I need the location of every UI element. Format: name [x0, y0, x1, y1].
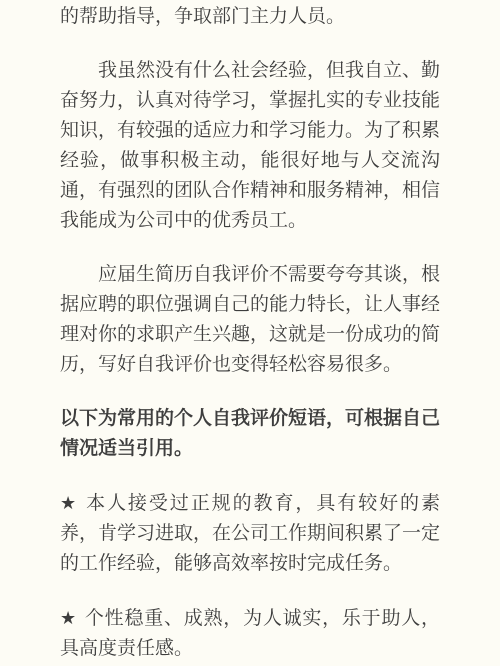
- star-bullet-icon: ★: [60, 488, 76, 518]
- section-heading: 以下为常用的个人自我评价短语，可根据自己情况适当引用。: [60, 404, 440, 464]
- bullet-text: 个性稳重、成熟，为人诚实，乐于助人，具高度责任感。: [60, 608, 440, 659]
- bullet-item: ★个性稳重、成熟，为人诚实，乐于助人，具高度责任感。: [60, 603, 440, 664]
- continuation-paragraph: 的帮助指导，争取部门主力人员。: [60, 2, 440, 32]
- bullet-item: ★本人接受过正规的教育，具有较好的素养，肯学习进取，在公司工作期间积累了一定的工…: [60, 488, 440, 579]
- star-bullet-icon: ★: [60, 603, 76, 633]
- document-page: 的帮助指导，争取部门主力人员。 我虽然没有什么社会经验，但我自立、勤奋努力，认真…: [0, 0, 500, 666]
- bullet-text: 本人接受过正规的教育，具有较好的素养，肯学习进取，在公司工作期间积累了一定的工作…: [60, 493, 440, 574]
- body-paragraph: 应届生简历自我评价不需要夸夸其谈，根据应聘的职位强调自己的能力特长，让人事经理对…: [60, 260, 440, 380]
- body-paragraph: 我虽然没有什么社会经验，但我自立、勤奋努力，认真对待学习，掌握扎实的专业技能知识…: [60, 56, 440, 236]
